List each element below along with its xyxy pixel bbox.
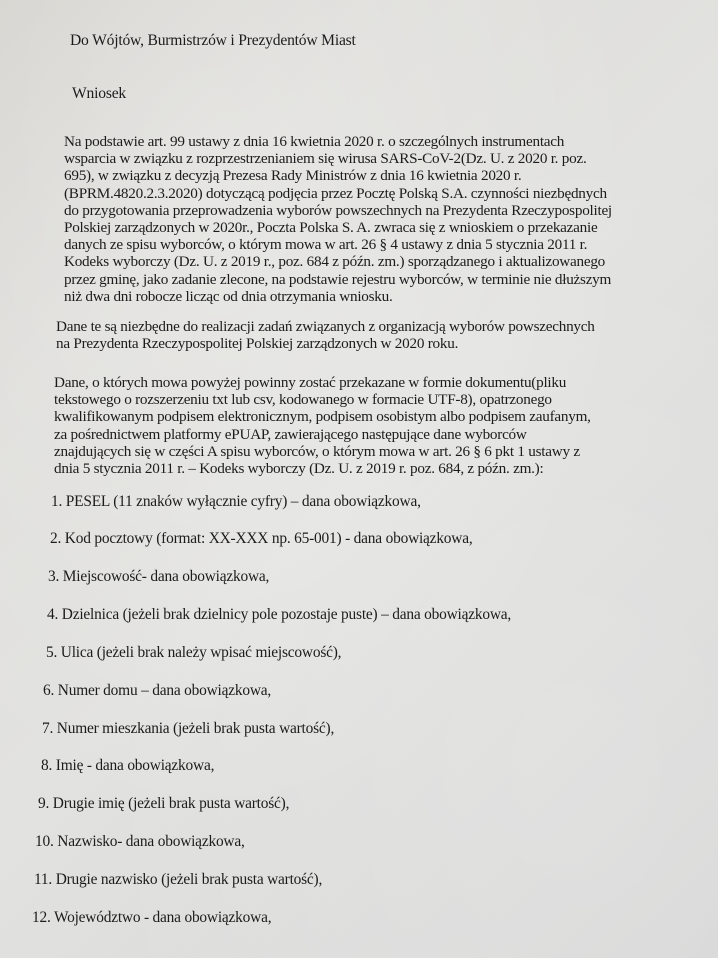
paragraph-line: Polskiej zarządzonych w 2020r., Poczta P… (64, 219, 612, 236)
paragraph-legal-basis: Na podstawie art. 99 ustawy z dnia 16 kw… (64, 133, 612, 305)
paragraph-line: niż dwa dni robocze licząc od dnia otrzy… (64, 288, 612, 305)
list-item: 10. Nazwisko- dana obowiązkowa, (35, 833, 245, 851)
paragraph-line: kwalifikowanym podpisem elektronicznym, … (54, 408, 591, 425)
list-item: 5. Ulica (jeżeli brak należy wpisać miej… (46, 644, 341, 662)
paragraph-line: Na podstawie art. 99 ustawy z dnia 16 kw… (64, 133, 612, 150)
list-item: 11. Drugie nazwisko (jeżeli brak pusta w… (34, 871, 322, 889)
paragraph-line: za pośrednictwem platformy ePUAP, zawier… (54, 426, 591, 443)
list-item: 3. Miejscowość- dana obowiązkowa, (48, 568, 269, 586)
paragraph-line: dnia 5 stycznia 2011 r. – Kodeks wyborcz… (54, 460, 591, 477)
paragraph-data-format: Dane, o których mowa powyżej powinny zos… (54, 374, 591, 477)
paragraph-line: tekstowego o rozszerzeniu txt lub csv, k… (54, 391, 591, 408)
paragraph-line: (BPRM.4820.2.3.2020) dotyczącą podjęcia … (64, 185, 612, 202)
list-item: 8. Imię - dana obowiązkowa, (41, 757, 214, 775)
addressee-line: Do Wójtów, Burmistrzów i Prezydentów Mia… (70, 32, 356, 50)
paragraph-line: do przygotowania przeprowadzenia wyborów… (64, 202, 612, 219)
list-item: 9. Drugie imię (jeżeli brak pusta wartoś… (38, 795, 289, 813)
paragraph-line: Kodeks wyborczy (Dz. U. z 2019 r., poz. … (64, 253, 612, 270)
paragraph-line: znajdujących się w części A spisu wyborc… (54, 443, 591, 460)
document-title: Wniosek (72, 85, 126, 103)
list-item: 12. Województwo - dana obowiązkowa, (32, 909, 271, 927)
paragraph-line: na Prezydenta Rzeczypospolitej Polskiej … (56, 335, 595, 352)
list-item: 6. Numer domu – dana obowiązkowa, (43, 682, 271, 700)
list-item: 1. PESEL (11 znaków wyłącznie cyfry) – d… (51, 493, 421, 511)
paragraph-line: przez gminę, jako zadanie zlecone, na po… (64, 271, 612, 288)
paragraph-line: Dane, o których mowa powyżej powinny zos… (54, 374, 591, 391)
list-item: 7. Numer mieszkania (jeżeli brak pusta w… (42, 720, 334, 738)
paragraph-line: danych ze spisu wyborców, o którym mowa … (64, 236, 612, 253)
paragraph-line: Dane te są niezbędne do realizacji zadań… (56, 318, 595, 335)
list-item: 2. Kod pocztowy (format: XX-XXX np. 65-0… (50, 530, 473, 548)
paragraph-line: wsparcia w związku z rozprzestrzenianiem… (64, 150, 612, 167)
list-item: 4. Dzielnica (jeżeli brak dzielnicy pole… (47, 606, 511, 624)
paragraph-line: 695), w związku z decyzją Prezesa Rady M… (64, 167, 612, 184)
paragraph-purpose: Dane te są niezbędne do realizacji zadań… (56, 318, 595, 352)
document-page: Do Wójtów, Burmistrzów i Prezydentów Mia… (0, 0, 718, 958)
